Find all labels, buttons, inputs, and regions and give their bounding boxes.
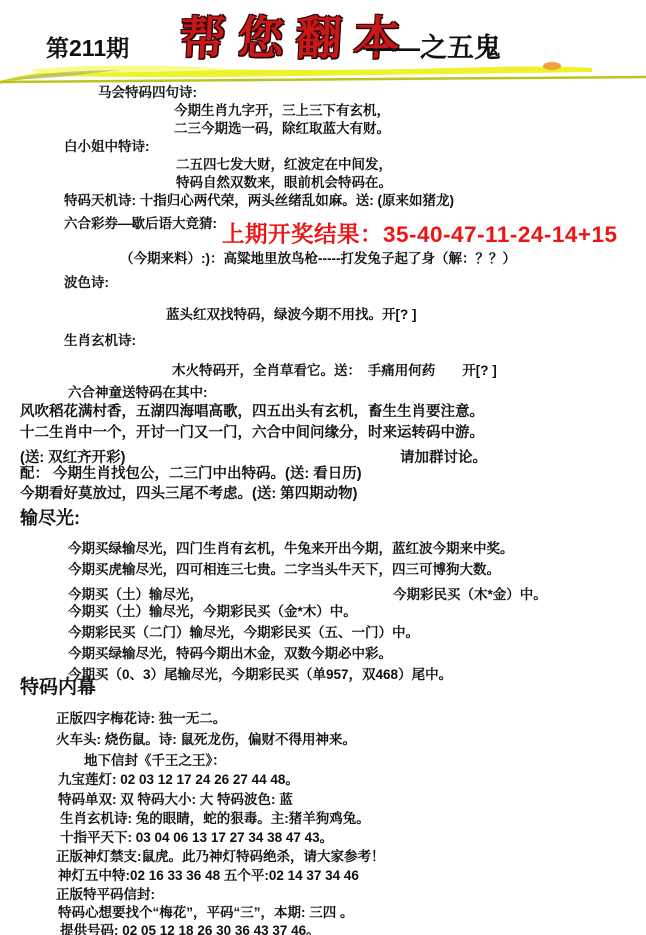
laicai-line: （今期来料）:)：高粱地里放鸟枪-----打发兔子起了身（解：？？） xyxy=(120,251,516,267)
neimu-huochetou-line: 火车头: 烧伤鼠。诗: 鼠死龙伤，偏财不得用神来。 xyxy=(56,732,356,748)
shujinguang-line6: 今期买绿输尽光，特码今期出木金，双数今期必中彩。 xyxy=(68,646,392,662)
shujinguang-line1: 今期买绿输尽光，四门生肖有玄机，牛兔来开出今期，蓝红波今期来中奖。 xyxy=(68,541,514,557)
mahui-poem-line1: 今期生肖九字开，三上三下有玄机， xyxy=(174,103,390,119)
ribbon-banner-icon xyxy=(0,57,646,85)
mahui-poem-label: 马会特码四句诗: xyxy=(98,85,197,101)
shujinguang-line3-right: 今期彩民买（木*金）中。 xyxy=(393,583,547,603)
orange-dot-icon xyxy=(543,62,561,70)
shujinguang-line3: 今期买（土）输尽光， 今期彩民买（木*金）中。 xyxy=(0,583,646,601)
shujinguang-line7: 今期买（0、3）尾输尽光，今期彩民买（单957，双468）尾中。 xyxy=(68,667,452,683)
neimu-header: 特码内幕 xyxy=(20,680,96,696)
shujinguang-line2: 今期买虎输尽光，四可相连三七贵。二字当头牛天下，四三可博狗大数。 xyxy=(68,562,500,578)
neimu-jiubao-line: 九宝莲灯: 02 03 12 17 24 26 27 44 48。 xyxy=(58,772,299,788)
tianji-poem: 特码天机诗: 十指归心两代荣，两头丝绪乱如麻。送: (原来如猪龙) xyxy=(64,193,454,209)
neimu-meihua-hint-line: 特码心想要找个“梅花”，平码“三”，本期: 三四 。 xyxy=(58,905,354,921)
last-draw-result: 上期开奖结果：35-40-47-11-24-14+15 xyxy=(222,217,618,249)
shujinguang-line3-left: 今期买（土）输尽光， xyxy=(68,583,203,603)
shujinguang-header: 输尽光: xyxy=(20,510,80,526)
neimu-numbers-line: 提供号码: 02 05 12 18 26 30 36 43 37 46。 xyxy=(60,923,320,935)
shengxiao-poem-line: 木火特码开，全肖草看它。送： 手痛用何药 开[? ] xyxy=(172,363,497,379)
neimu-shendeng-jinzhi-line: 正版神灯禁支:鼠虎。此乃神灯特码绝杀，请大家参考！ xyxy=(56,849,385,865)
neimu-meihua-line: 正版四字梅花诗: 独一无二。 xyxy=(56,711,226,727)
shujinguang-line5: 今期彩民买（二门）输尽光，今期彩民买（五、一门）中。 xyxy=(68,625,419,641)
pei-line: 配： 今期生肖找包公，二三门中出特码。(送: 看日历) xyxy=(20,466,362,482)
shentong-line1: 风吹稻花满村香，五湖四海唱高歌，四五出头有玄机，畜生生肖要注意。 xyxy=(20,404,484,420)
neimu-tepingma-label: 正版特平码信封: xyxy=(56,887,155,903)
kanhao-line: 今期看好莫放过，四头三尾不考虑。(送: 第四期动物) xyxy=(20,486,358,502)
song-left-text: (送: 双红齐开彩) xyxy=(20,446,126,467)
shujinguang-line4: 今期买（土）输尽光，今期彩民买（金*木）中。 xyxy=(68,604,357,620)
song-right-text: 请加群讨论。 xyxy=(400,446,487,467)
bose-poem-line: 蓝头红双找特码，绿波今期不用找。开[? ] xyxy=(166,307,417,323)
shentong-label: 六合神童送特码在其中: xyxy=(68,385,208,401)
shentong-line2: 十二生肖中一个，开讨一门又一门，六合中间问缘分，时来运转码中游。 xyxy=(20,425,484,441)
mahui-poem-line2: 二三今期选一码，除红取蓝大有财。 xyxy=(174,121,390,137)
neimu-shengxiao-line: 生肖玄机诗: 兔的眼睛，蛇的狠毒。主:猪羊狗鸡兔。 xyxy=(60,811,370,827)
shengxiao-poem-label: 生肖玄机诗: xyxy=(64,333,136,349)
neimu-xinfeng-line: 地下信封《千王之王》： xyxy=(84,753,226,769)
baixiaojie-poem-label: 白小姐中特诗: xyxy=(64,139,150,155)
neimu-danshuang-line: 特码单双: 双 特码大小: 大 特码波色: 蓝 xyxy=(58,792,293,808)
bose-poem-label: 波色诗: xyxy=(64,275,109,291)
baixiaojie-poem-line1: 二五四七发大财，红波定在中间发， xyxy=(176,157,392,173)
lottery-tip-sheet: 第211期 帮您翻本 ——之五鬼 马会特码四句诗: 今期生肖九字开，三上三下有玄… xyxy=(0,0,646,935)
neimu-shizhi-line: 十指平天下: 03 04 06 13 17 27 34 38 47 43。 xyxy=(60,830,333,846)
song-row: (送: 双红齐开彩) 请加群讨论。 xyxy=(0,446,646,464)
neimu-wuzhongte-line: 神灯五中特:02 16 33 36 48 五个平:02 14 37 34 46 xyxy=(58,868,359,884)
baixiaojie-poem-line2: 特码自然双数来，眼前机会特码在。 xyxy=(176,175,392,191)
xiehouyu-label: 六合彩券—歇后语大竞猜: xyxy=(64,216,217,232)
